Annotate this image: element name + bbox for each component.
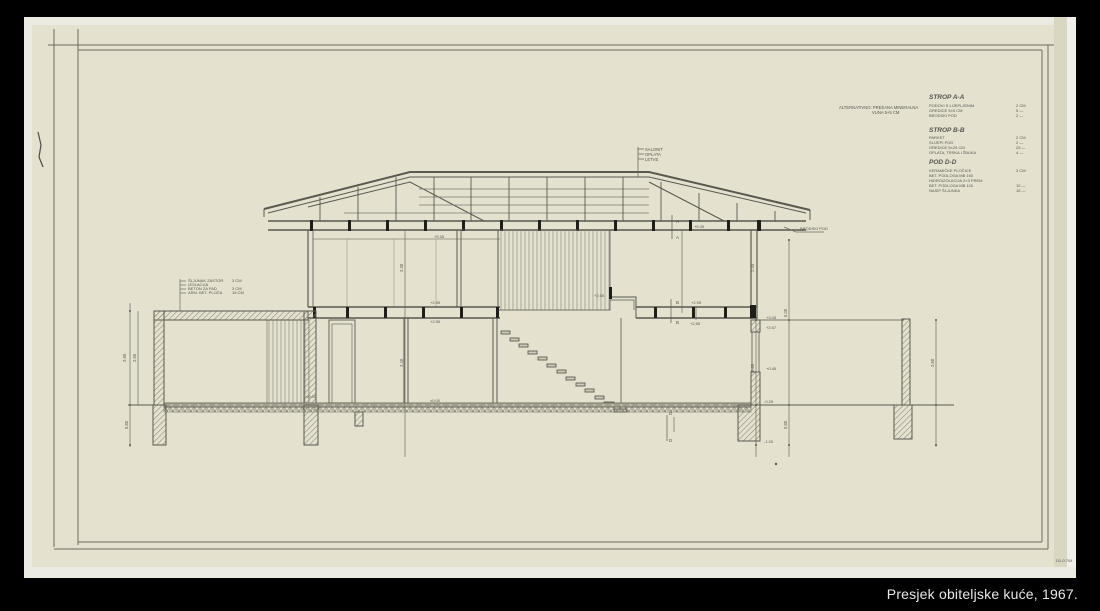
dim-fence: 2.80 bbox=[930, 358, 935, 367]
level-ceiling-right: +2.55 bbox=[690, 321, 701, 326]
level-terrain: -0.25 bbox=[764, 399, 774, 404]
dim-right-lower: 2.80 bbox=[750, 363, 755, 372]
level-terrace: +3.05 bbox=[766, 315, 777, 320]
ground-slab bbox=[164, 403, 751, 412]
svg-text:4 —: 4 — bbox=[1016, 150, 1023, 155]
dim-left-outer: 2.95 bbox=[122, 353, 127, 362]
svg-text:NASIP ŠLJUNKA: NASIP ŠLJUNKA bbox=[929, 188, 960, 193]
level-upper: +2.95 bbox=[430, 300, 441, 305]
level-ceiling: +2.55 bbox=[430, 319, 441, 324]
eave-label: BRODSKI POD bbox=[800, 226, 828, 231]
section-drawing: SALONIT OPLATA LETVE BRODSKI POD bbox=[24, 17, 1076, 578]
section-mark-a2: A bbox=[676, 235, 679, 240]
level-entry: +0.45 bbox=[766, 366, 777, 371]
archive-stamp: D1-0.704 bbox=[1056, 558, 1073, 563]
level-roof-left: +5.35 bbox=[434, 234, 445, 239]
drawing-sheet: SALONIT OPLATA LETVE BRODSKI POD bbox=[24, 17, 1076, 578]
section-mark-b1: B bbox=[676, 300, 679, 305]
dim-right-total: 6.00 bbox=[783, 308, 788, 317]
level-upper-right: +2.95 bbox=[691, 300, 702, 305]
legend-title-a: STROP A-A bbox=[929, 94, 965, 101]
dim-upper-room: 2.30 bbox=[399, 263, 404, 272]
dim-upper-right: 2.40 bbox=[750, 263, 755, 272]
dim-left-footing: 0.80 bbox=[124, 420, 129, 429]
level-parapet: +2.67 bbox=[766, 325, 777, 330]
section-mark-b2: B bbox=[676, 320, 679, 325]
svg-text:OPLATA, TRSKA I ŽBUKA: OPLATA, TRSKA I ŽBUKA bbox=[929, 150, 976, 155]
svg-text:3 CM: 3 CM bbox=[1016, 168, 1026, 173]
legend-title-b: STROP B-B bbox=[929, 127, 965, 134]
section-mark-a1: A bbox=[676, 219, 679, 224]
svg-text:2 —: 2 — bbox=[1016, 113, 1023, 118]
image-caption: Presjek obiteljske kuće, 1967. bbox=[887, 586, 1078, 602]
level-mezz: +2.55 bbox=[594, 293, 605, 298]
level-footing: -1.00 bbox=[764, 439, 774, 444]
svg-text:18 CM: 18 CM bbox=[232, 290, 244, 295]
svg-text:BRODSKI POD: BRODSKI POD bbox=[929, 113, 957, 118]
svg-text:3 CM: 3 CM bbox=[232, 278, 242, 283]
svg-text:15 —: 15 — bbox=[1016, 188, 1026, 193]
roof-layer-3: LETVE bbox=[645, 157, 658, 162]
terrace-layer-4: ARM. BET. PLOČA bbox=[188, 290, 223, 295]
level-ground-left: ±0.00 bbox=[306, 394, 317, 399]
dim-ground-room: 2.40 bbox=[399, 358, 404, 367]
level-ground: ±0.00 bbox=[430, 398, 441, 403]
dim-right-footing: 0.80 bbox=[783, 420, 788, 429]
legend-title-d: POD D-D bbox=[929, 159, 957, 166]
level-roof: +5.35 bbox=[694, 224, 705, 229]
roof-note-line2: VUNA 5+5 CM bbox=[872, 110, 900, 115]
dim-left-inner: 2.55 bbox=[132, 353, 137, 362]
